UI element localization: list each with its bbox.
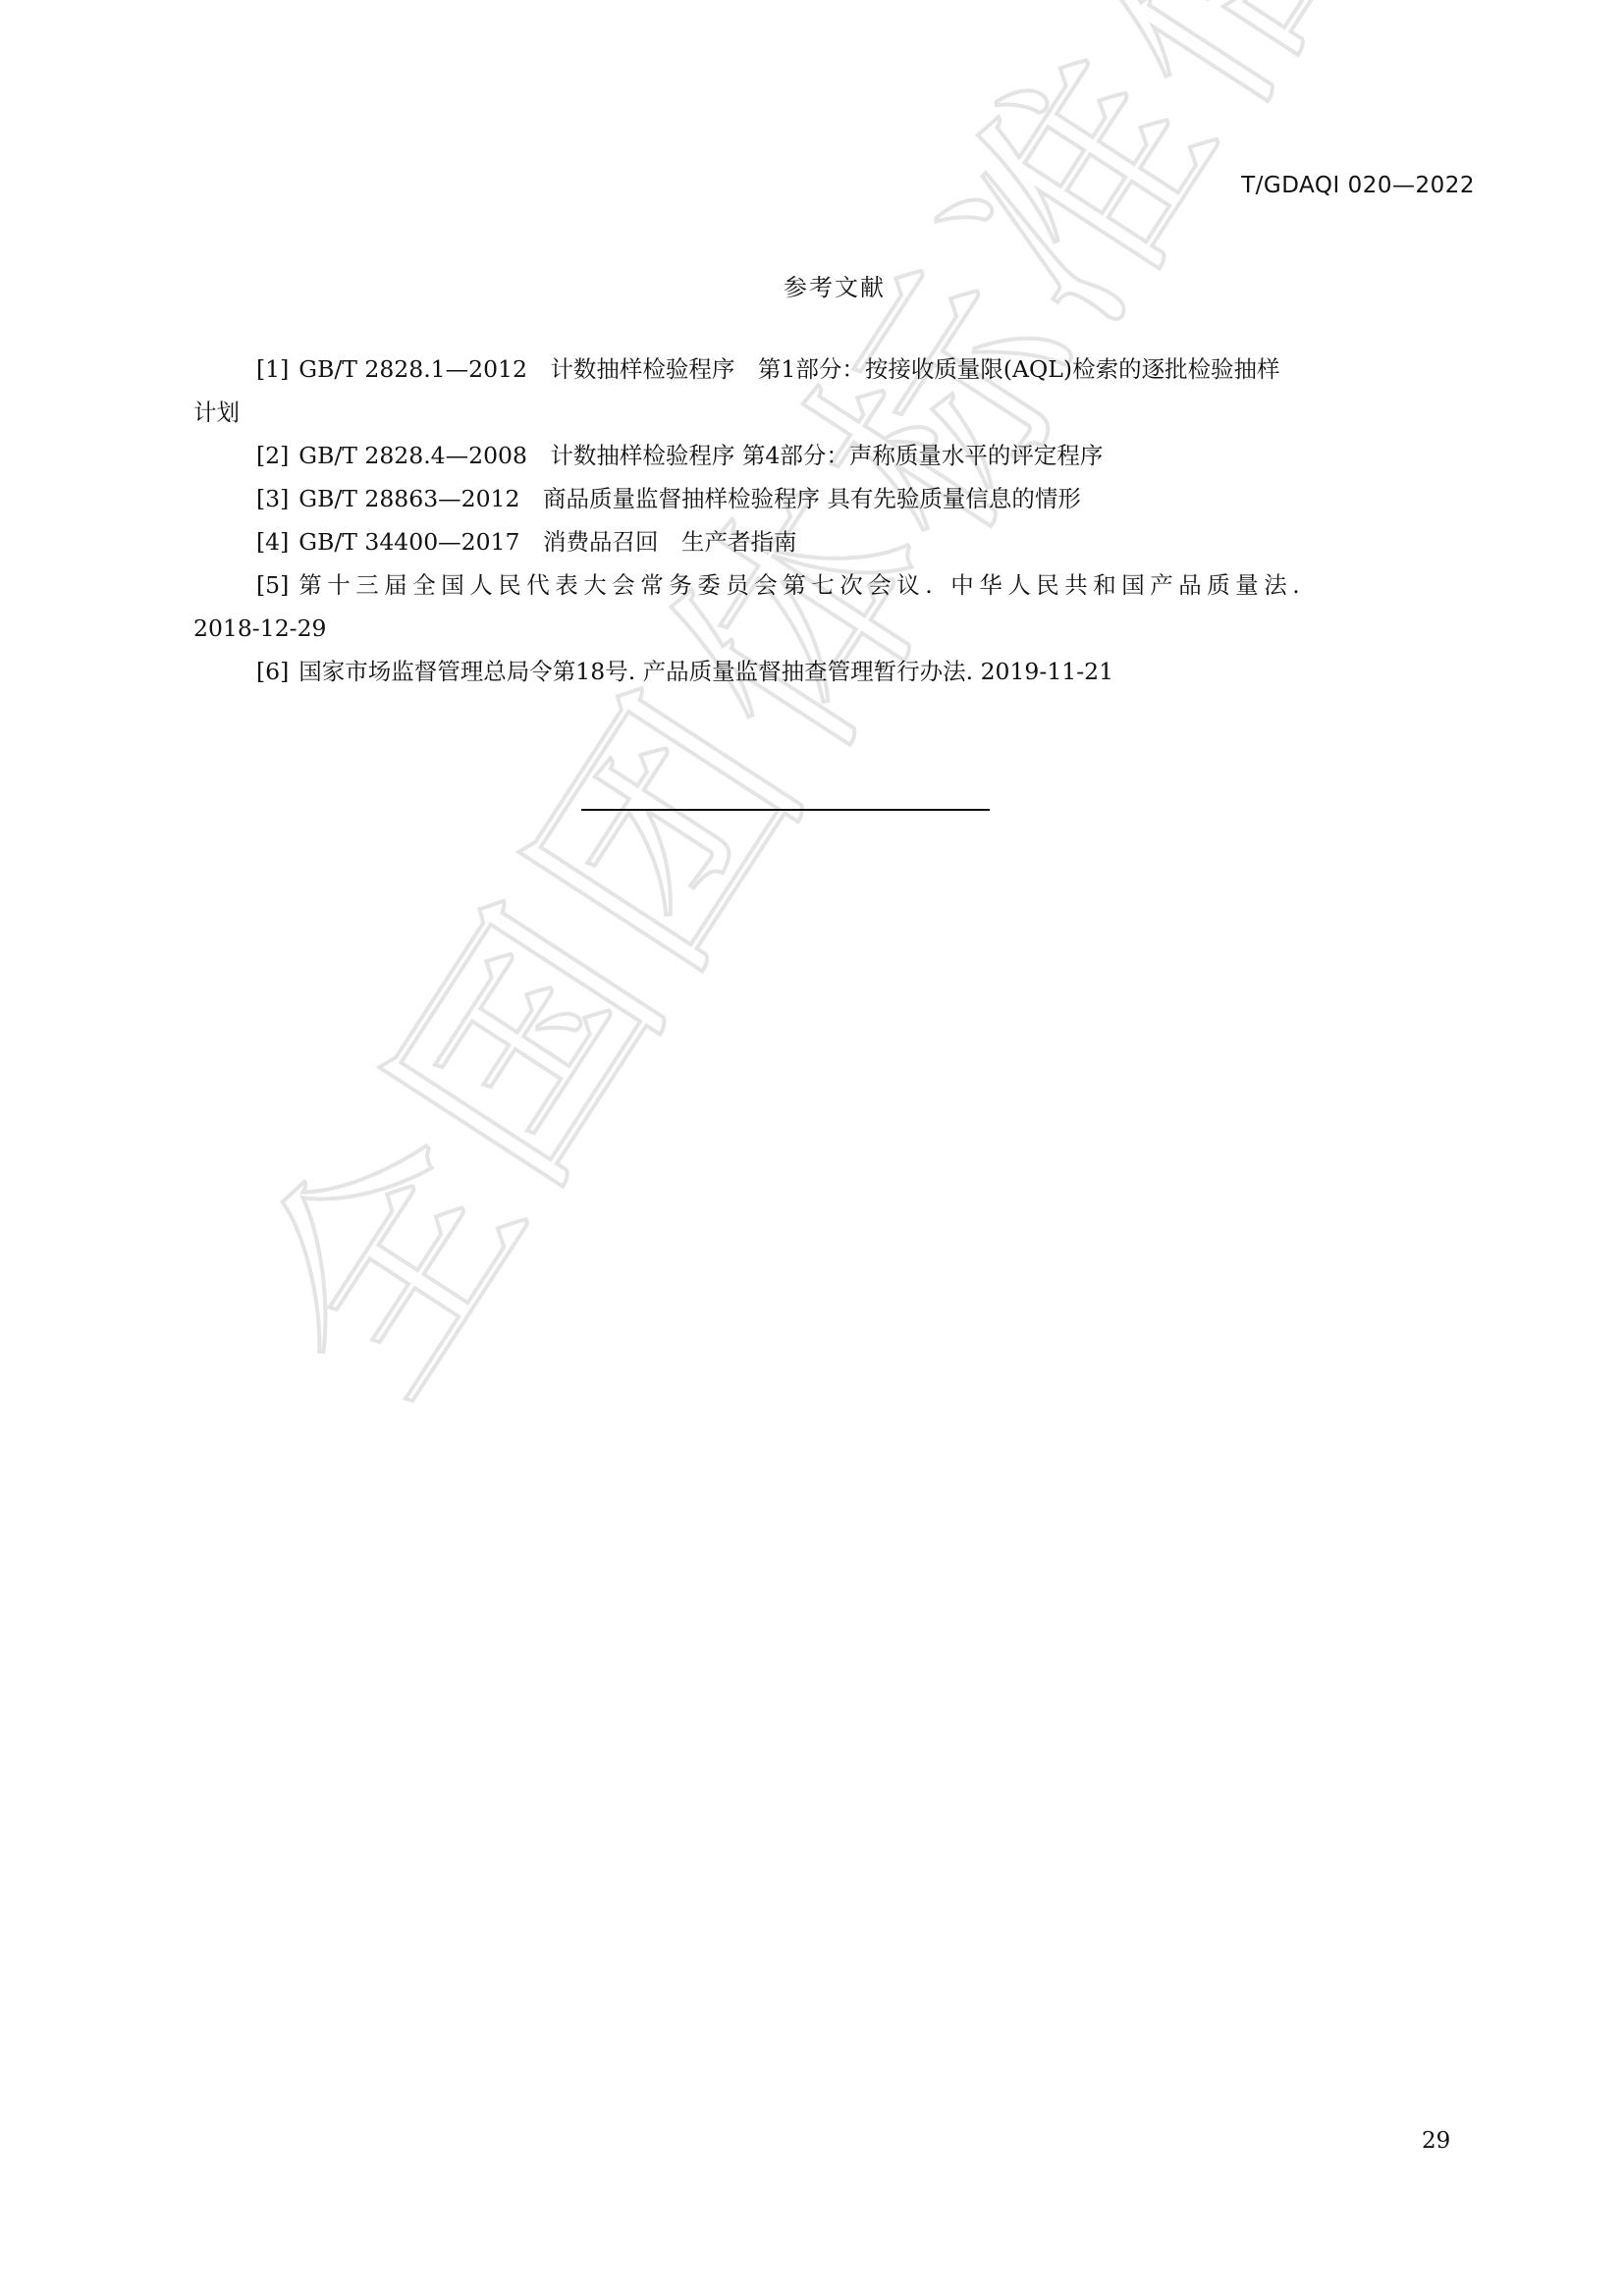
reference-line: [4]GB/T 34400—2017 消费品召回 生产者指南 [193,520,1475,563]
reference-number: [5] [256,571,289,599]
end-divider [581,809,990,811]
reference-text: 第十三届全国人民代表大会常务委员会第七次会议. 中华人民共和国产品质量法. [298,571,1305,599]
reference-item-1: [1]GB/T 2828.1—2012 计数抽样检验程序 第1部分：按接收质量限… [193,347,1475,434]
reference-text: GB/T 34400—2017 消费品召回 生产者指南 [298,528,796,556]
reference-item-4: [4]GB/T 34400—2017 消费品召回 生产者指南 [193,520,1475,563]
reference-line: [2]GB/T 2828.4—2008 计数抽样检验程序 第4部分：声称质量水平… [193,434,1475,477]
reference-line: [3]GB/T 28863—2012 商品质量监督抽样检验程序 具有先验质量信息… [193,477,1475,520]
reference-list: [1]GB/T 2828.1—2012 计数抽样检验程序 第1部分：按接收质量限… [193,347,1475,693]
reference-number: [3] [256,485,289,512]
reference-text: GB/T 2828.4—2008 计数抽样检验程序 第4部分：声称质量水平的评定… [298,442,1103,469]
document-code: T/GDAQI 020—2022 [1241,173,1475,198]
page-number: 29 [1422,2128,1450,2154]
reference-text: 国家市场监督管理总局令第18号. 产品质量监督抽查管理暂行办法. 2019-11… [298,658,1113,685]
reference-line: [1]GB/T 2828.1—2012 计数抽样检验程序 第1部分：按接收质量限… [193,347,1475,391]
reference-item-6: [6]国家市场监督管理总局令第18号. 产品质量监督抽查管理暂行办法. 2019… [193,650,1475,693]
reference-number: [6] [256,658,289,685]
reference-continuation: 计划 [193,391,1475,434]
reference-number: [2] [256,442,289,469]
reference-text: GB/T 2828.1—2012 计数抽样检验程序 第1部分：按接收质量限(AQ… [298,355,1279,383]
reference-line: [6]国家市场监督管理总局令第18号. 产品质量监督抽查管理暂行办法. 2019… [193,650,1475,693]
watermark-text: 全国团体标准信息平台 [157,0,1470,1449]
reference-item-5: [5]第十三届全国人民代表大会常务委员会第七次会议. 中华人民共和国产品质量法.… [193,563,1475,650]
section-title: 参考文献 [0,268,1624,302]
reference-continuation: 2018-12-29 [193,607,1475,650]
reference-number: [4] [256,528,289,556]
reference-text: GB/T 28863—2012 商品质量监督抽样检验程序 具有先验质量信息的情形 [298,485,1081,512]
reference-number: [1] [256,355,289,383]
reference-item-3: [3]GB/T 28863—2012 商品质量监督抽样检验程序 具有先验质量信息… [193,477,1475,520]
reference-line: [5]第十三届全国人民代表大会常务委员会第七次会议. 中华人民共和国产品质量法. [193,563,1475,607]
reference-item-2: [2]GB/T 2828.4—2008 计数抽样检验程序 第4部分：声称质量水平… [193,434,1475,477]
